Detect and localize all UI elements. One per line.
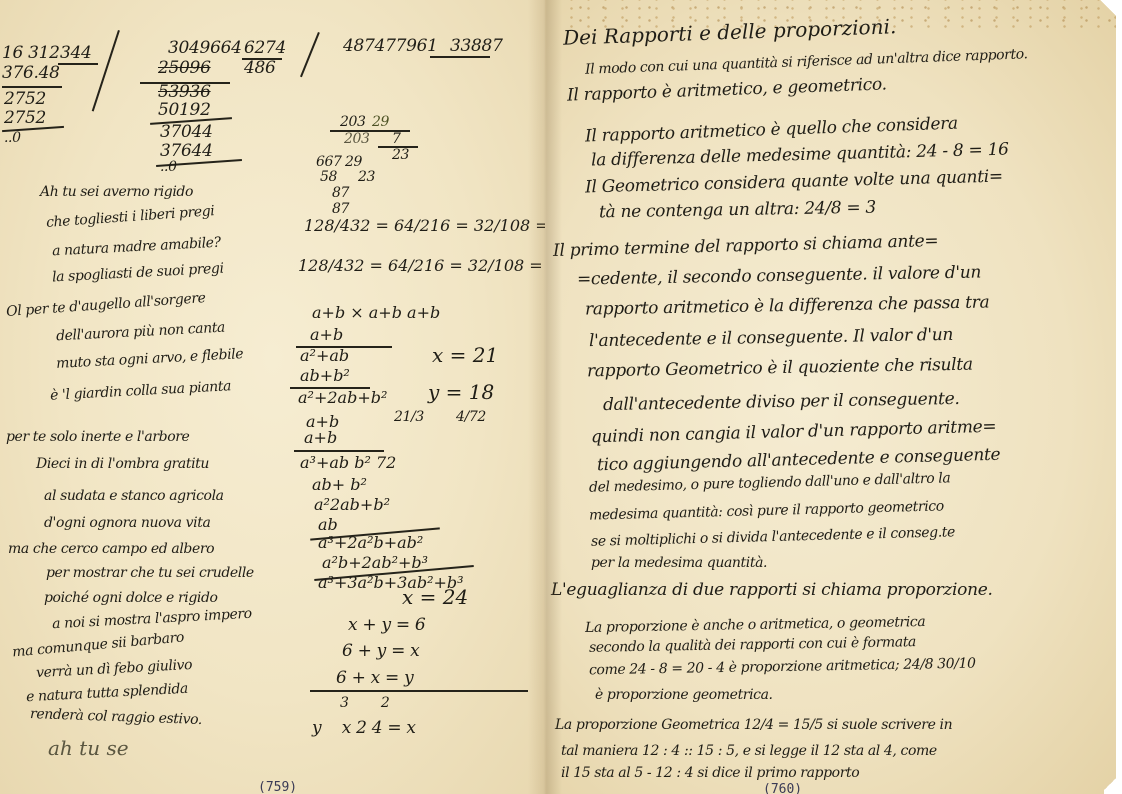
division-4-dividend: 203 [340,115,366,129]
separator-slash [92,30,120,111]
division-1-line: 2752 [4,110,46,127]
poem-line: Dieci in di l'ombra gratitu [36,457,209,471]
division-1-line: 2752 [4,91,46,108]
poem-line: per te solo inerte e l'arbore [6,430,189,444]
text-line: per la medesima quantità. [591,556,767,570]
poem-line: ah tu se [48,738,129,758]
system-eq-1: x + y = 6 [348,617,425,634]
divider-line [310,690,528,692]
text-line: quindi non cangia il valor d'un rapporto… [591,419,997,447]
text-line: dall'antecedente diviso per il conseguen… [603,391,960,414]
division-5-line: 87 [332,186,349,200]
poem-line: ma comunque sii barbaro [12,631,185,660]
system-numbers: 3 2 [340,696,389,710]
division-1-line: ..0 [4,131,21,145]
poem-line: poiché ogni dolce e rigido [44,591,218,605]
algebra-line: ab+ b² [312,477,367,493]
equation-x: x = 21 [432,345,498,365]
equation-x2: x = 24 [402,587,468,607]
poem-line: muto sta ogni arvo, e flebile [56,347,244,371]
text-line: Il rapporto è aritmetico, e geometrico. [567,76,887,104]
text-line: rapporto aritmetico è la differenza che … [585,294,990,318]
divider-line [294,450,384,452]
text-line: Il primo termine del rapporto si chiama … [553,233,939,260]
system-eq-2: 6 + y = x [342,643,419,660]
algebra-line: ab+b² [300,368,350,384]
poem-line: Ah tu sei averno rigido [40,185,193,199]
page-number-left: (759) [258,780,297,794]
division-2-divisor: 6274 [244,40,286,57]
poem-line: renderà col raggio estivo. [30,707,202,727]
division-2-quotient: 486 [244,60,276,77]
text-line: Il modo con cui una quantità si riferisc… [585,47,1028,76]
division-2-line: 37644 [160,143,213,160]
division-5-dividend: 667 [316,155,342,169]
page-number-right: (760) [763,782,802,794]
left-page: 16 312 344 376.48 2752 2752 ..0 3049664 … [0,0,546,794]
text-line: come 24 - 8 = 20 - 4 è proporzione aritm… [589,657,976,678]
divider-line [58,63,98,65]
algebra-line: a²b+2ab²+b³ [322,555,428,571]
division-4-quotient: 7 [392,132,401,146]
division-5-quotient: 23 [358,170,375,184]
algebra-line: ab [318,517,338,533]
division-5-line: 58 [320,170,337,184]
text-line: tal maniera 12 : 4 :: 15 : 5, e si legge… [561,744,937,758]
division-2-dividend: 3049664 [168,40,242,57]
fraction-row-2: 128/432 = 64/216 = 32/108 = 16/54 = 8/27 [298,258,546,274]
page-corner [1100,0,1122,22]
division-1-line: 376.48 [2,65,60,82]
page-corner [1104,768,1122,794]
algebra-line: a³+2a²b+ab² [318,535,423,551]
poem-line: la spogliasti de suoi pregi [52,262,224,285]
text-line: del medesimo, o pure togliendo dall'uno … [589,471,951,494]
poem-line: a natura madre amabile? [52,236,221,259]
text-line: se si moltiplichi o si divida l'antecede… [591,525,955,549]
text-line: è proporzione geometrica. [595,688,773,702]
poem-line: e natura tutta splendida [26,682,189,704]
poem-line: ma che cerco campo ed albero [8,542,214,556]
text-line: Il Geometrico considera quante volte una… [585,169,1003,197]
division-2-line: 37044 [160,124,213,141]
notebook-spread: 16 312 344 376.48 2752 2752 ..0 3049664 … [0,0,1122,794]
division-1-dividend: 16 312 [2,45,60,62]
division-4-divisor: 29 [372,115,389,129]
text-line: L'eguaglianza di due rapporti si chiama … [551,582,993,599]
division-2-line: 50192 [158,102,211,119]
algebra-line: a³+ab b² 72 [300,455,396,471]
system-result: y x 2 4 = x [312,720,416,737]
text-line: La proporzione Geometrica 12/4 = 15/5 si… [555,718,952,732]
text-line: tà ne contenga un altra: 24/8 = 3 [599,200,876,222]
algebra-line: a+b × a+b a+b [312,305,440,321]
division-2-line: 25096 [158,60,211,77]
division-5-divisor: 29 [345,155,362,169]
text-line: La proporzione è anche o aritmetica, o g… [585,615,925,635]
algebra-line: a²+ab [300,348,349,364]
divider-line [2,86,62,88]
text-line: =cedente, il secondo conseguente. il val… [577,264,981,288]
text-line: Il rapporto aritmetico è quello che cons… [585,115,958,145]
poem-line: dell'aurora più non canta [56,321,226,344]
right-page: Dei Rapporti e delle proporzioni. Il mod… [545,0,1116,794]
division-3-dividend: 487477961 [343,38,438,55]
fraction-b: 4/72 [456,410,486,424]
poem-line: a noi si mostra l'aspro impero [52,607,252,631]
poem-line: che togliesti i liberi pregi [46,204,215,230]
poem-line: Ol per te d'augello all'sorgere [6,291,206,319]
division-4-line: 23 [392,148,409,162]
system-eq-3: 6 + x = y [336,670,413,687]
division-1-divisor: 344 [60,45,92,62]
fraction-a: 21/3 [394,410,424,424]
text-line: rapporto Geometrico è il quoziente che r… [587,357,973,381]
separator-slash [300,32,320,77]
division-2-line: 53936 [158,84,211,101]
division-5-line: 87 [332,202,349,216]
text-line: l'antecedente e il conseguente. Il valor… [589,327,953,350]
poem-line: al sudata e stanco agricola [44,489,224,503]
poem-line: d'ogni ognora nuova vita [44,516,210,530]
algebra-line: a+b [304,430,337,446]
poem-line: per mostrar che tu sei crudelle [46,566,254,580]
division-2-line: ..0 [160,160,177,174]
text-line: il 15 sta al 5 - 12 : 4 si dice il primo… [561,766,859,780]
text-line: la differenza delle medesime quantità: 2… [591,142,1009,170]
poem-line: è 'l giardin colla sua pianta [50,379,232,402]
text-line: medesima quantità: così pure il rapporto… [589,499,944,522]
algebra-line: a+b [310,327,343,343]
fraction-row-1: 128/432 = 64/216 = 32/108 = 16/54 [304,218,546,234]
division-3-divisor: 33887 [450,38,503,55]
poem-line: verrà un dì febo giulivo [36,658,193,680]
text-line: secondo la qualità dei rapporti con cui … [589,635,916,655]
algebra-line: a²+2ab+b² [298,390,387,406]
equation-y: y = 18 [428,382,494,402]
divider-line [430,56,490,58]
algebra-line: a²2ab+b² [314,497,390,513]
division-4-line: 203 [344,132,370,146]
